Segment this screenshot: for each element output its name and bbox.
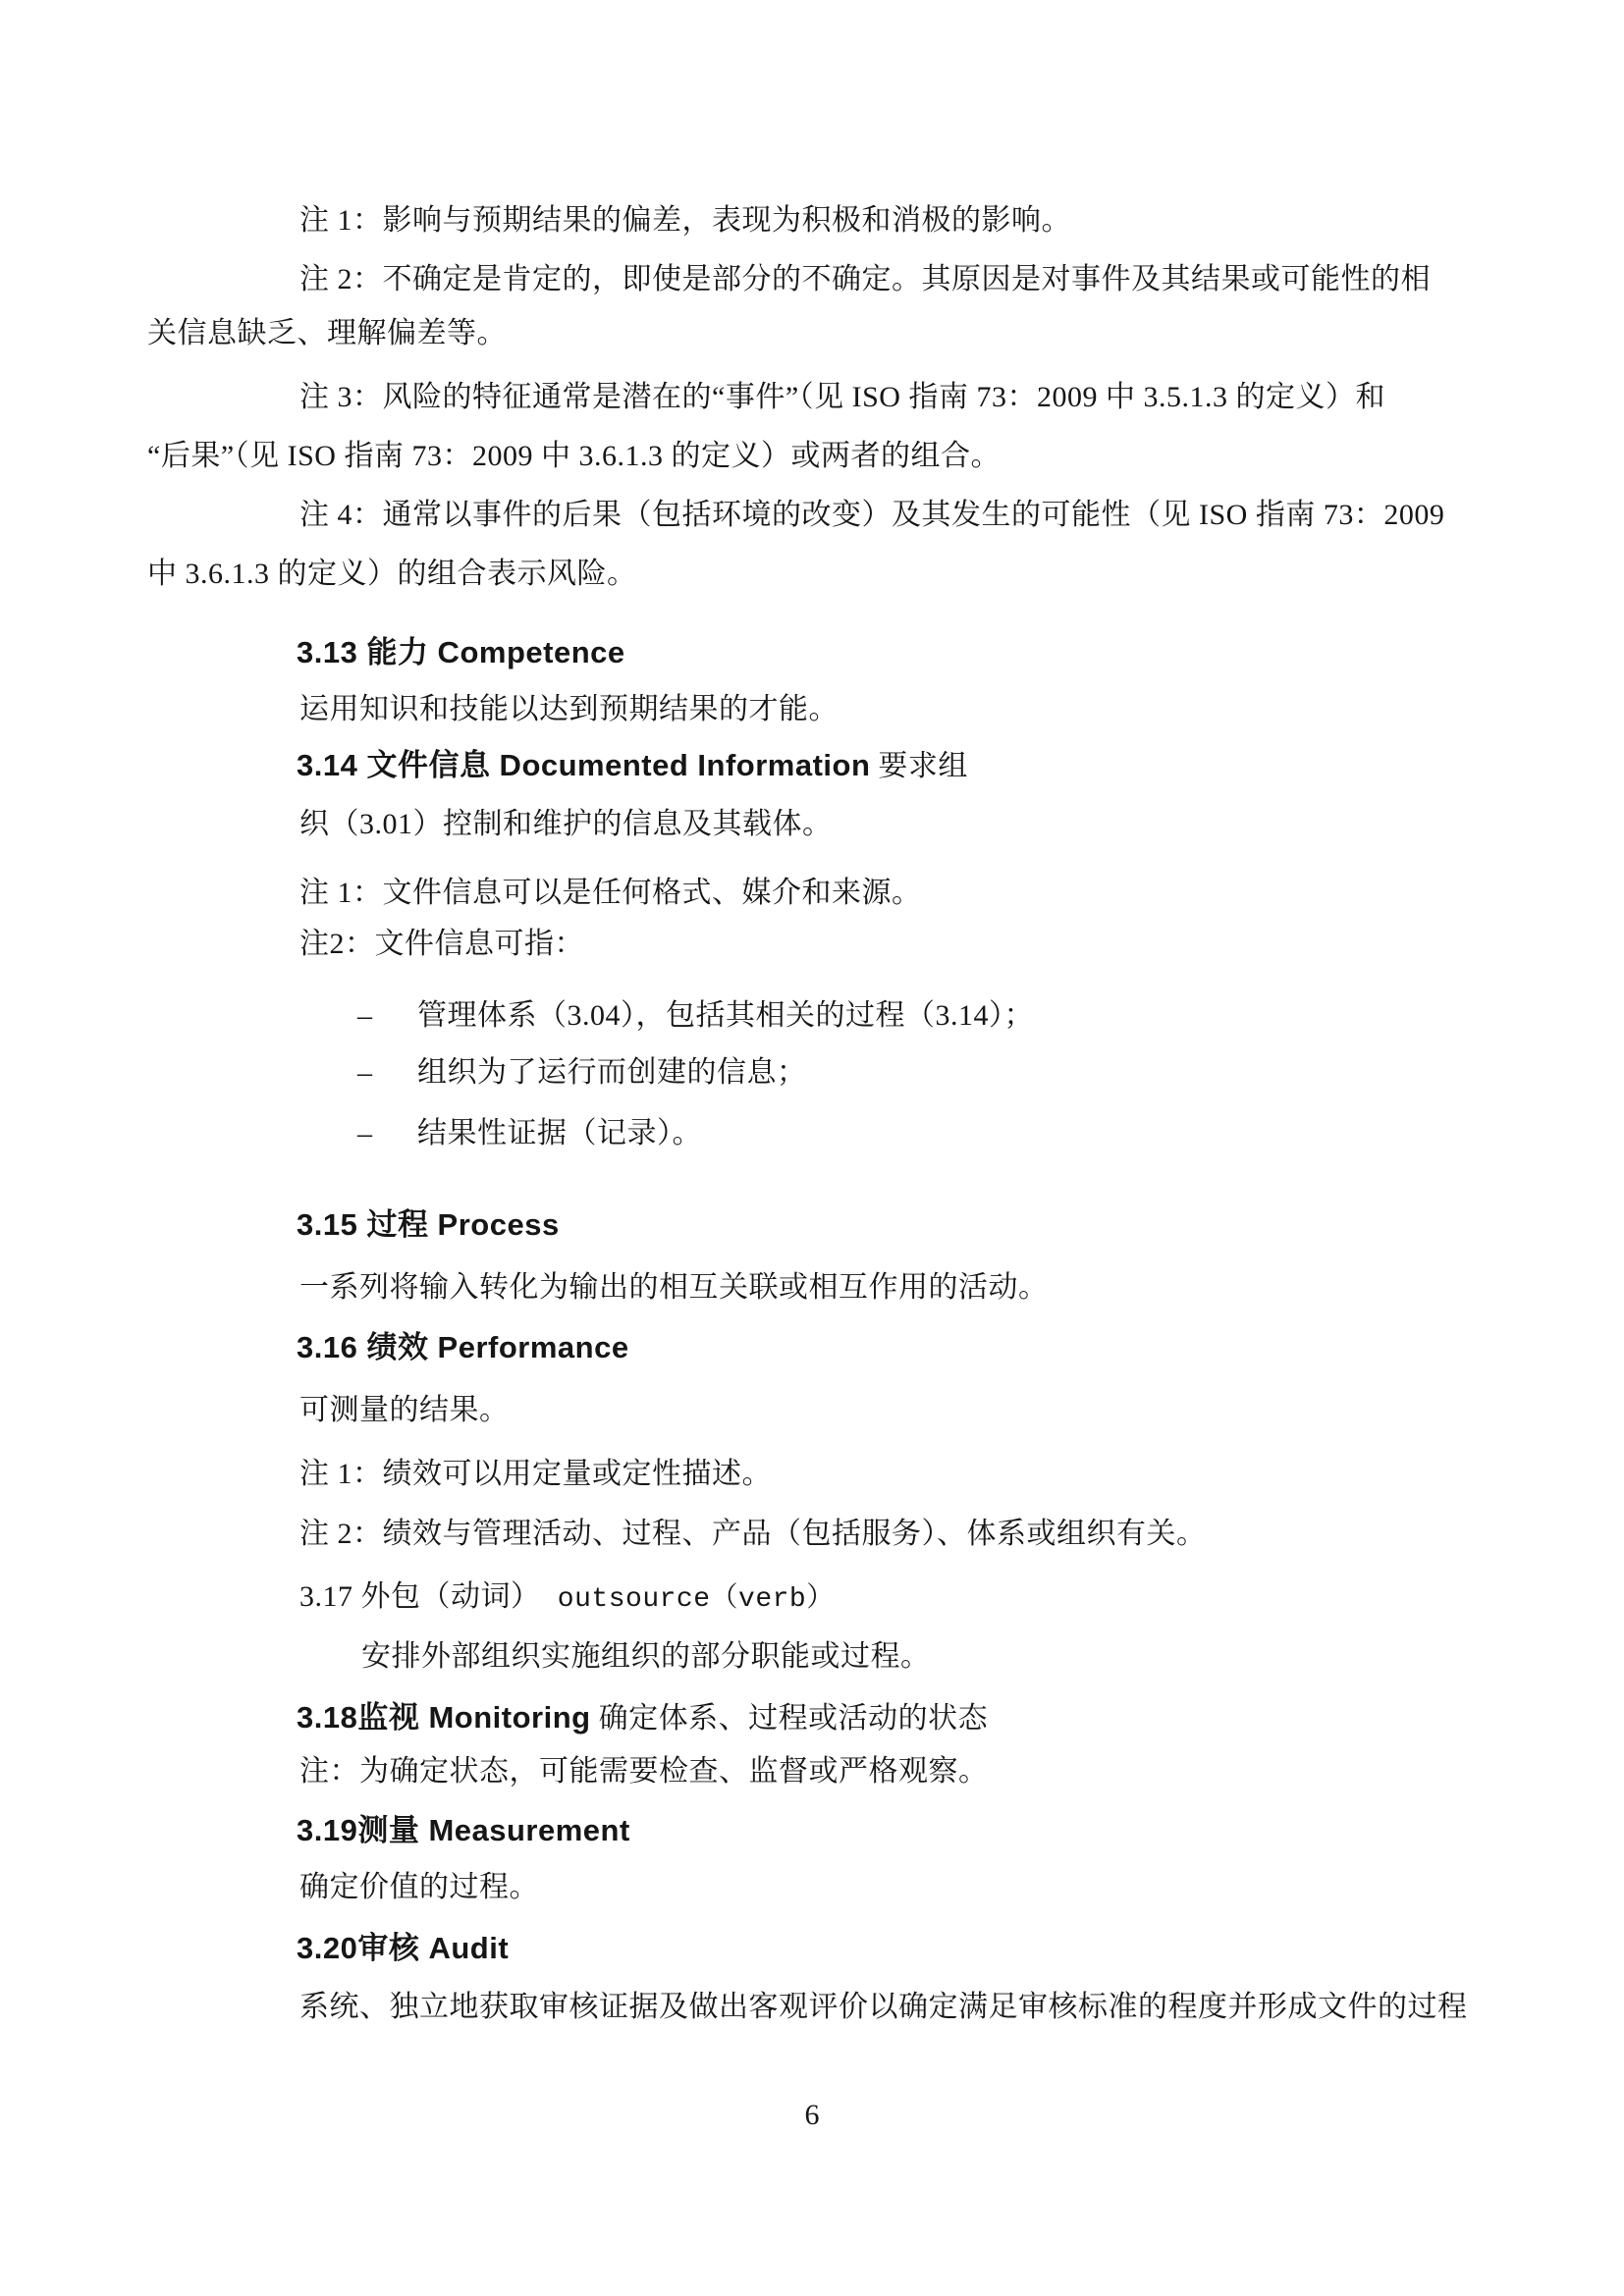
note-line: 注 1：影响与预期结果的偏差，表现为积极和消极的影响。 [147, 190, 1477, 251]
heading-latin-text: outsource（verb） [541, 1584, 835, 1615]
dash-icon: – [357, 986, 417, 1046]
heading-text: 3.18监视 Monitoring [297, 1700, 591, 1735]
dash-icon: – [357, 1103, 417, 1164]
heading-text: 3.13 能力 Competence [297, 635, 625, 669]
heading-trailing-text: 确定体系、过程或活动的状态 [591, 1702, 989, 1735]
note-line: 注 4：通常以事件的后果（包括环境的改变）及其发生的可能性（见 ISO 指南 7… [147, 485, 1477, 546]
body-line: 运用知识和技能以达到预期结果的才能。 [147, 679, 1477, 740]
heading-text: 3.14 文件信息 Documented Information [297, 748, 870, 782]
note-line: 注 2：绩效与管理活动、过程、产品（包括服务）、体系或组织有关。 [147, 1504, 1477, 1565]
body-line: 确定价值的过程。 [147, 1857, 1477, 1918]
section-heading-3-17: 3.17 外包（动词） outsource（verb） [147, 1567, 1477, 1628]
bullet-item: –组织为了运行而创建的信息； [147, 1042, 1477, 1103]
section-heading-3-20: 3.20审核 Audit [147, 1918, 1477, 1979]
section-heading-3-15: 3.15 过程 Process [147, 1195, 1477, 1255]
section-heading-3-14: 3.14 文件信息 Documented Information 要求组 [147, 735, 1477, 796]
bullet-text: 结果性证据（记录）。 [417, 1117, 702, 1149]
note-line: 注 2：不确定是肯定的，即使是部分的不确定。其原因是对事件及其结果或可能性的相 [147, 249, 1477, 310]
body-line: 系统、独立地获取审核证据及做出客观评价以确定满足审核标准的程度并形成文件的过程 [147, 1977, 1477, 2038]
heading-text: 3.20审核 Audit [297, 1931, 509, 1965]
body-line: 安排外部组织实施组织的部分职能或过程。 [147, 1627, 1477, 1687]
bullet-text: 组织为了运行而创建的信息； [417, 1056, 807, 1089]
body-line: 可测量的结果。 [147, 1380, 1477, 1441]
section-heading-3-13: 3.13 能力 Competence [147, 622, 1477, 683]
continuation-line: “后果”（见 ISO 指南 73：2009 中 3.6.1.3 的定义）或两者的… [147, 426, 1477, 487]
body-line: 织（3.01）控制和维护的信息及其载体。 [147, 794, 1477, 855]
note-line: 注 3：风险的特征通常是潜在的“事件”（见 ISO 指南 73：2009 中 3… [147, 367, 1477, 428]
continuation-line: 关信息缺乏、理解偏差等。 [147, 303, 1477, 364]
heading-trailing-text: 要求组 [870, 750, 968, 782]
bullet-text: 管理体系（3.04），包括其相关的过程（3.14）； [417, 999, 1034, 1032]
heading-text: 3.19测量 Measurement [297, 1813, 630, 1847]
heading-text: 3.16 绩效 Performance [297, 1330, 629, 1364]
page-number: 6 [147, 2085, 1477, 2146]
dash-icon: – [357, 1042, 417, 1103]
bullet-item: –结果性证据（记录）。 [147, 1103, 1477, 1164]
note-line: 注：为确定状态，可能需要检查、监督或严格观察。 [147, 1741, 1477, 1802]
heading-text: 3.17 外包（动词） [299, 1580, 541, 1613]
section-heading-3-18: 3.18监视 Monitoring 确定体系、过程或活动的状态 [147, 1687, 1477, 1748]
section-heading-3-19: 3.19测量 Measurement [147, 1800, 1477, 1861]
section-heading-3-16: 3.16 绩效 Performance [147, 1317, 1477, 1378]
note-line: 注 1：绩效可以用定量或定性描述。 [147, 1444, 1477, 1505]
body-line: 一系列将输入转化为输出的相互关联或相互作用的活动。 [147, 1257, 1477, 1318]
document-page: 注 1：影响与预期结果的偏差，表现为积极和消极的影响。 注 2：不确定是肯定的，… [0, 0, 1624, 2296]
bullet-item: –管理体系（3.04），包括其相关的过程（3.14）； [147, 986, 1477, 1046]
continuation-line: 中 3.6.1.3 的定义）的组合表示风险。 [147, 544, 1477, 605]
heading-text: 3.15 过程 Process [297, 1207, 560, 1242]
